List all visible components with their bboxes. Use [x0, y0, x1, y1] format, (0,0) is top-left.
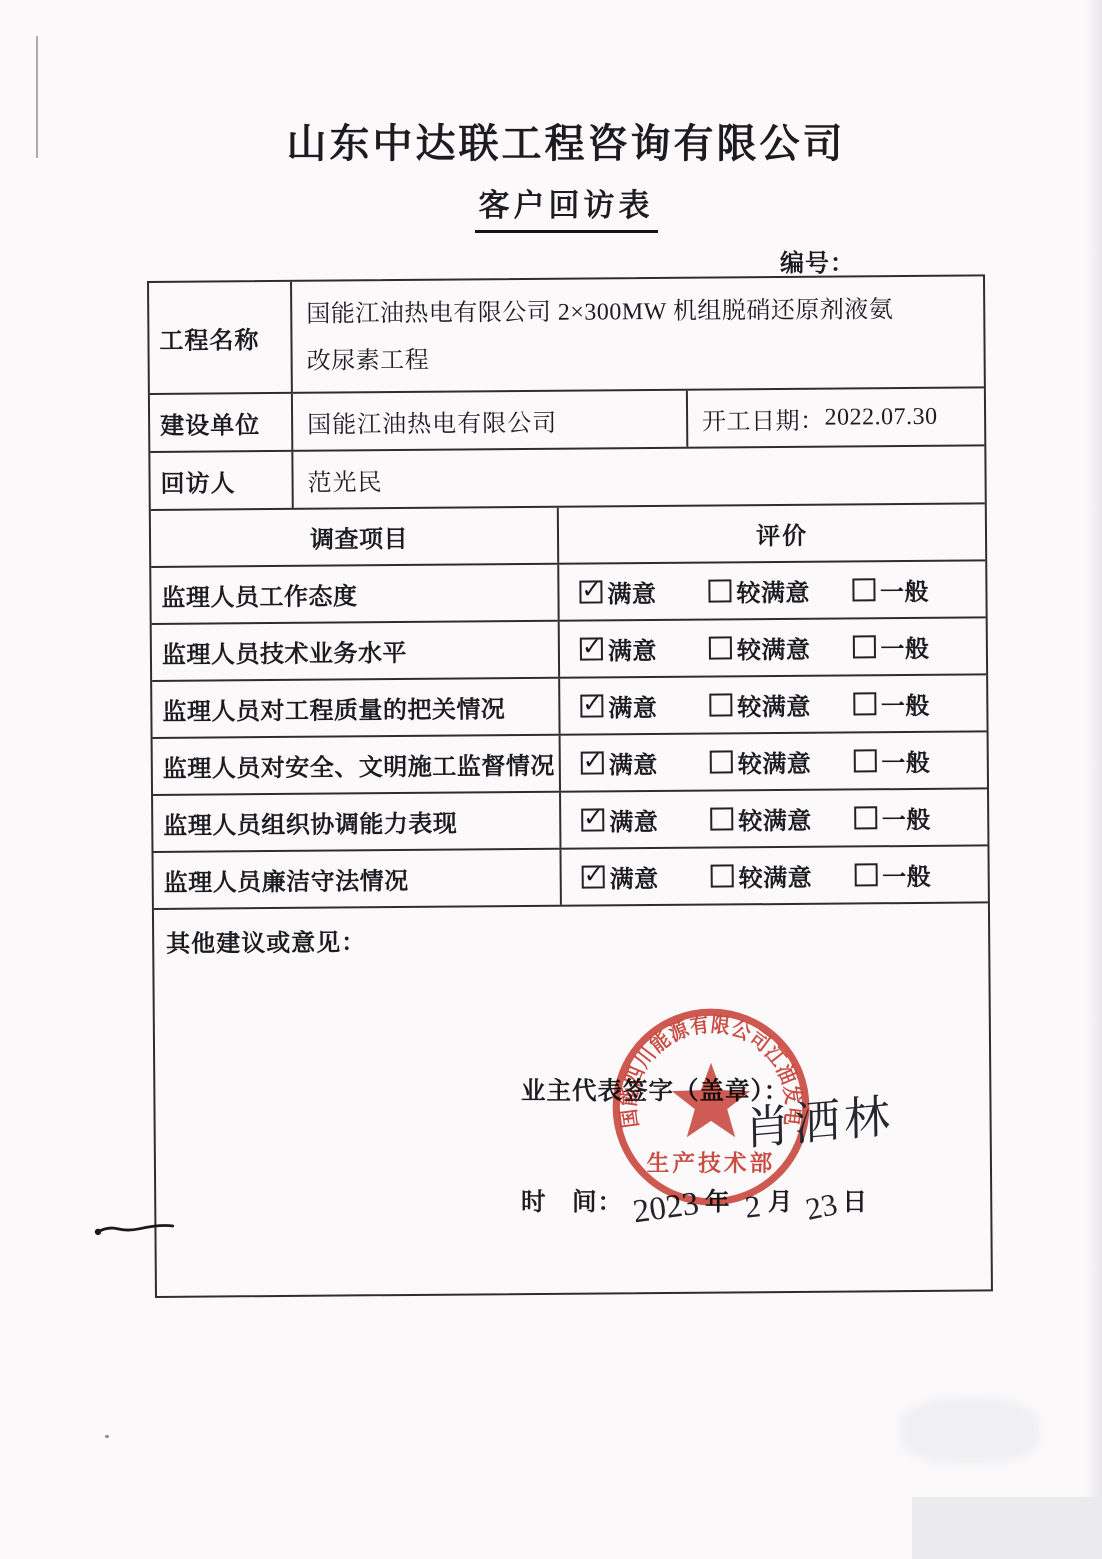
option-fairly-satisfied: 较满意	[711, 858, 813, 894]
table-row-rating: 监理人员对工程质量的把关情况 ✓ 满意 较满意 一般	[152, 673, 986, 737]
option-average: 一般	[854, 800, 931, 836]
option-fairly-satisfied: 较满意	[710, 801, 812, 837]
option-average: 一般	[852, 572, 929, 608]
option-satisfied: ✓ 满意	[579, 574, 656, 610]
option-label: 满意	[610, 859, 659, 894]
table-row-visitor: 回访人 范光民	[150, 444, 984, 509]
survey-item-header: 调查项目	[151, 508, 559, 566]
rating-options: ✓ 满意 较满意 一般	[559, 561, 985, 619]
scan-edge-line	[36, 36, 38, 158]
checkbox-empty-icon	[853, 692, 876, 715]
checkbox-empty-icon	[709, 636, 732, 659]
checkbox-checked-icon: ✓	[579, 580, 602, 603]
option-label: 满意	[609, 802, 658, 837]
option-label: 满意	[607, 574, 656, 609]
survey-item: 监理人员工作态度	[151, 565, 559, 623]
check-mark-icon: ✓	[582, 689, 602, 718]
checkbox-empty-icon	[854, 863, 877, 886]
checkbox-checked-icon: ✓	[581, 808, 604, 831]
option-label: 满意	[608, 688, 657, 723]
scan-shadow-right	[1086, 0, 1102, 1559]
survey-item: 监理人员组织协调能力表现	[153, 793, 561, 851]
option-average: 一般	[852, 629, 929, 665]
project-name-label: 工程名称	[149, 282, 293, 393]
check-mark-icon: ✓	[583, 746, 603, 775]
form-title: 客户回访表	[147, 180, 985, 233]
start-date-label: 开工日期：	[702, 400, 825, 436]
survey-item: 监理人员对工程质量的把关情况	[152, 679, 560, 737]
start-date-cell: 开工日期： 2022.07.30	[688, 388, 984, 446]
option-satisfied: ✓ 满意	[580, 688, 657, 724]
option-label: 一般	[880, 629, 929, 664]
survey-rating-header: 评价	[559, 504, 985, 562]
checkbox-checked-icon: ✓	[580, 637, 603, 660]
start-date-value: 2022.07.30	[824, 403, 937, 431]
scan-speck	[105, 1435, 109, 1438]
checkbox-empty-icon	[710, 750, 733, 773]
checkbox-empty-icon	[854, 806, 877, 829]
option-label: 一般	[880, 572, 929, 607]
comments-label: 其他建议或意见：	[154, 908, 366, 959]
rating-options: ✓ 满意 较满意 一般	[560, 618, 986, 676]
option-label: 较满意	[736, 573, 810, 609]
option-label: 一般	[881, 686, 930, 721]
scanned-form-page: 山东中达联工程咨询有限公司 客户回访表 编号： 工程名称 国能江油热电有限公司 …	[0, 0, 1102, 1559]
scan-gray-corner	[912, 1497, 1102, 1559]
option-satisfied: ✓ 满意	[581, 802, 658, 838]
option-label: 一般	[881, 743, 930, 778]
option-label: 较满意	[737, 630, 811, 666]
survey-item: 监理人员对安全、文明施工监督情况	[153, 736, 561, 794]
option-label: 较满意	[739, 858, 813, 894]
form-title-text: 客户回访表	[475, 180, 658, 233]
option-label: 较满意	[738, 801, 812, 837]
survey-item: 监理人员技术业务水平	[152, 622, 560, 680]
owner-value: 国能江油热电有限公司	[293, 391, 688, 450]
scan-smudge	[900, 1398, 1040, 1464]
day-suffix: 日	[843, 1183, 869, 1218]
checkbox-checked-icon: ✓	[582, 865, 605, 888]
check-mark-icon: ✓	[581, 575, 601, 604]
option-fairly-satisfied: 较满意	[710, 744, 812, 780]
check-mark-icon: ✓	[584, 860, 604, 889]
option-label: 一般	[882, 857, 931, 892]
option-average: 一般	[853, 686, 930, 722]
option-label: 较满意	[738, 744, 812, 780]
company-title: 山东中达联工程咨询有限公司	[147, 112, 985, 169]
rating-options: ✓ 满意 较满意 一般	[561, 732, 987, 790]
option-label: 较满意	[737, 687, 811, 723]
table-row-project: 工程名称 国能江油热电有限公司 2×300MW 机组脱硝还原剂液氨改尿素工程	[149, 276, 984, 393]
table-row-rating: 监理人员工作态度 ✓ 满意 较满意 一般	[151, 559, 985, 623]
option-label: 满意	[609, 745, 658, 780]
option-fairly-satisfied: 较满意	[708, 573, 810, 609]
checkbox-empty-icon	[709, 693, 732, 716]
table-row-rating: 监理人员对安全、文明施工监督情况 ✓ 满意 较满意 一般	[153, 730, 987, 794]
table-row-rating: 监理人员廉洁守法情况 ✓ 满意 较满意 一般	[153, 844, 987, 908]
table-row-rating: 监理人员组织协调能力表现 ✓ 满意 较满意 一般	[153, 787, 987, 851]
checkbox-empty-icon	[710, 807, 733, 830]
checkbox-empty-icon	[852, 578, 875, 601]
project-name-value: 国能江油热电有限公司 2×300MW 机组脱硝还原剂液氨改尿素工程	[292, 276, 984, 391]
check-mark-icon: ✓	[583, 803, 603, 832]
visitor-label: 回访人	[150, 452, 293, 509]
checkbox-empty-icon	[711, 864, 734, 887]
checkbox-empty-icon	[708, 579, 731, 602]
handwritten-signature: 肖洒林	[744, 1079, 895, 1158]
option-average: 一般	[854, 857, 931, 893]
check-mark-icon: ✓	[582, 632, 602, 661]
rating-options: ✓ 满意 较满意 一般	[561, 846, 987, 904]
option-label: 一般	[882, 800, 931, 835]
option-fairly-satisfied: 较满意	[709, 687, 811, 723]
table-row-survey-header: 调查项目 评价	[151, 502, 985, 566]
table-row-owner: 建设单位 国能江油热电有限公司 开工日期： 2022.07.30	[150, 386, 984, 451]
option-average: 一般	[853, 743, 930, 779]
rating-options: ✓ 满意 较满意 一般	[561, 789, 987, 847]
table-row-rating: 监理人员技术业务水平 ✓ 满意 较满意 一般	[152, 616, 986, 680]
option-fairly-satisfied: 较满意	[709, 630, 811, 666]
checkbox-empty-icon	[852, 635, 875, 658]
option-satisfied: ✓ 满意	[582, 859, 659, 895]
checkbox-checked-icon: ✓	[581, 751, 604, 774]
rating-options: ✓ 满意 较满意 一般	[560, 675, 986, 733]
option-satisfied: ✓ 满意	[581, 745, 658, 781]
serial-number-label: 编号：	[780, 243, 855, 278]
owner-label: 建设单位	[150, 394, 293, 451]
option-satisfied: ✓ 满意	[580, 631, 657, 667]
checkbox-empty-icon	[853, 749, 876, 772]
checkbox-checked-icon: ✓	[580, 694, 603, 717]
stamp-star-icon	[672, 1063, 750, 1138]
option-label: 满意	[608, 631, 657, 666]
survey-item: 监理人员廉洁守法情况	[153, 850, 561, 908]
visitor-value: 范光民	[293, 446, 984, 507]
